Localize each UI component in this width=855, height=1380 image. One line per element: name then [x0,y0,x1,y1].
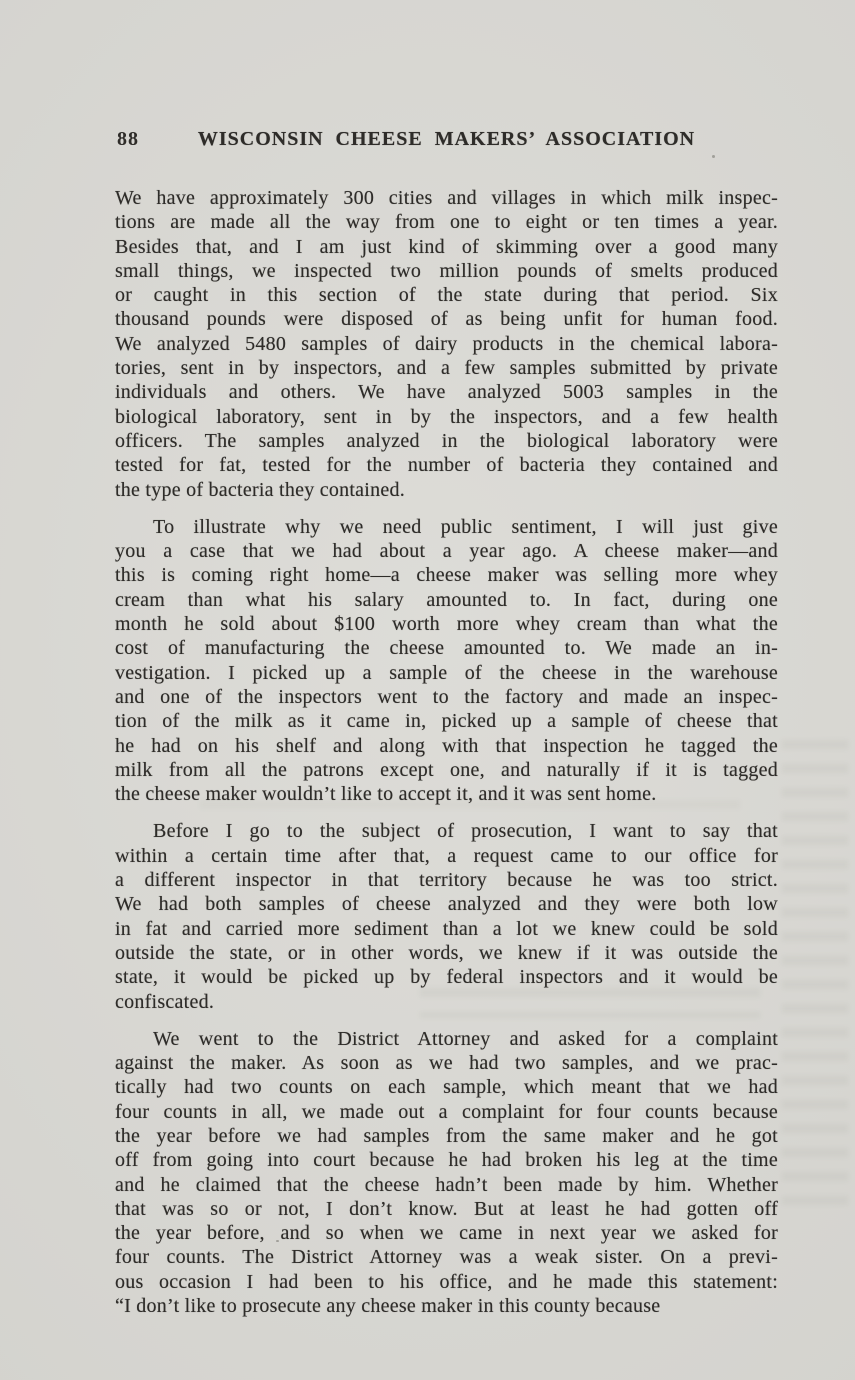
text-line: tically had two counts on each sample, w… [115,1075,778,1099]
text-line: vestigation. I picked up a sample of the… [115,661,778,685]
text-line: he had on his shelf and along with that … [115,734,778,758]
text-line: tion of the milk as it came in, picked u… [115,709,778,733]
page-number: 88 [117,126,139,152]
text-line: confiscated. [115,990,778,1014]
text-line: that was so or not, I don’t know. But at… [115,1197,778,1221]
text-line: tories, sent in by inspectors, and a few… [115,356,778,380]
paragraph: To illustrate why we need public sentime… [115,515,778,807]
text-line: biological laboratory, sent in by the in… [115,405,778,429]
text-line: you a case that we had about a year ago.… [115,539,778,563]
text-line: small things, we inspected two million p… [115,259,778,283]
text-line: within a certain time after that, a requ… [115,844,778,868]
text-line: To illustrate why we need public sentime… [115,515,778,539]
page-title: WISCONSIN CHEESE MAKERS’ ASSOCIATION [115,126,778,152]
text-line: against the maker. As soon as we had two… [115,1051,778,1075]
paragraph: Before I go to the subject of prosecutio… [115,819,778,1013]
text-line: We analyzed 5480 samples of dairy produc… [115,332,778,356]
text-line: in fat and carried more sediment than a … [115,917,778,941]
text-line: tions are made all the way from one to e… [115,210,778,234]
paragraph: We have approximately 300 cities and vil… [115,186,778,502]
text-line: four counts. The District Attorney was a… [115,1245,778,1269]
text-line: the year before we had samples from the … [115,1124,778,1148]
text-line: milk from all the patrons except one, an… [115,758,778,782]
text-line: the cheese maker wouldn’t like to accept… [115,782,778,806]
page-body: We have approximately 300 cities and vil… [115,186,778,1318]
text-line: individuals and others. We have analyzed… [115,380,778,404]
text-line: Before I go to the subject of prosecutio… [115,819,778,843]
text-line: thousand pounds were disposed of as bein… [115,307,778,331]
text-line: We had both samples of cheese analyzed a… [115,892,778,916]
text-line: off from going into court because he had… [115,1148,778,1172]
text-line: tested for fat, tested for the number of… [115,453,778,477]
text-line: ous occasion I had been to his office, a… [115,1270,778,1294]
text-line: this is coming right home—a cheese maker… [115,563,778,587]
text-line: We have approximately 300 cities and vil… [115,186,778,210]
text-line: cream than what his salary amounted to. … [115,588,778,612]
text-line: “I don’t like to prosecute any cheese ma… [115,1294,778,1318]
text-line: outside the state, or in other words, we… [115,941,778,965]
bleed-through-artifact [782,740,848,1220]
text-line: the type of bacteria they contained. [115,478,778,502]
text-line: month he sold about $100 worth more whey… [115,612,778,636]
text-line: officers. The samples analyzed in the bi… [115,429,778,453]
text-line: or caught in this section of the state d… [115,283,778,307]
text-line: We went to the District Attorney and ask… [115,1027,778,1051]
text-line: cost of manufacturing the cheese amounte… [115,636,778,660]
text-column: 88 WISCONSIN CHEESE MAKERS’ ASSOCIATION … [115,126,778,1318]
text-line: state, it would be picked up by federal … [115,965,778,989]
text-line: Besides that, and I am just kind of skim… [115,235,778,259]
text-line: and he claimed that the cheese hadn’t be… [115,1173,778,1197]
paragraph: We went to the District Attorney and ask… [115,1027,778,1319]
text-line: and one of the inspectors went to the fa… [115,685,778,709]
text-line: the year before, and so when we came in … [115,1221,778,1245]
running-header: 88 WISCONSIN CHEESE MAKERS’ ASSOCIATION [115,126,778,152]
text-line: a different inspector in that territory … [115,868,778,892]
text-line: four counts in all, we made out a compla… [115,1100,778,1124]
scanned-book-page: 88 WISCONSIN CHEESE MAKERS’ ASSOCIATION … [0,0,855,1380]
